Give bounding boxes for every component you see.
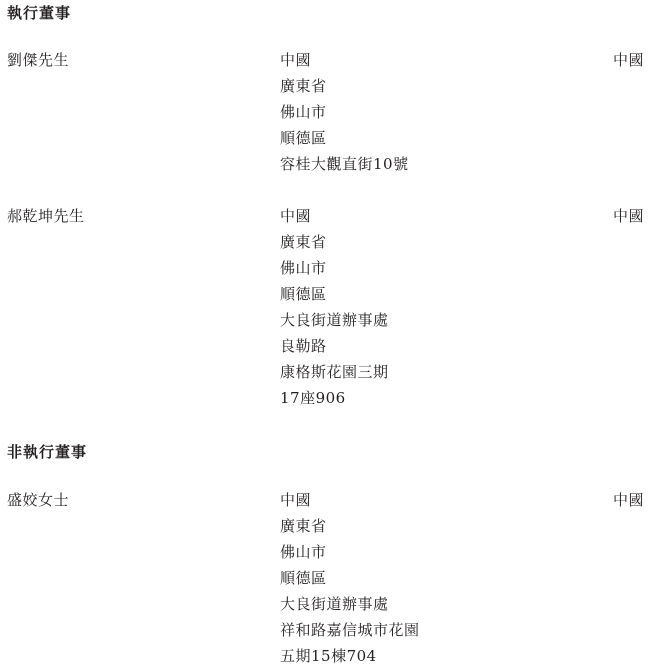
section-heading-executive-directors: 執行董事 [7,3,71,23]
director-name: 劉傑先生 [7,47,69,73]
director-name: 郝乾坤先生 [7,203,85,229]
address-line: 大良街道辦事處 [280,591,420,617]
address-line: 順德區 [280,125,409,151]
director-address: 中國 廣東省 佛山市 順德區 大良街道辦事處 良勒路 康格斯花園三期 17座90… [280,203,389,411]
director-address: 中國 廣東省 佛山市 順德區 容桂大觀直街10號 [280,47,409,177]
address-line: 佛山市 [280,99,409,125]
address-line: 康格斯花園三期 [280,359,389,385]
address-line: 佛山市 [280,539,420,565]
address-line: 佛山市 [280,255,389,281]
director-name: 盛姣女士 [7,487,69,513]
address-line: 良勒路 [280,333,389,359]
director-nationality: 中國 [613,487,644,513]
director-nationality: 中國 [613,47,644,73]
document-page: 執行董事 劉傑先生 中國 廣東省 佛山市 順德區 容桂大觀直街10號 中國 郝乾… [0,0,650,665]
address-line: 中國 [280,47,409,73]
address-line: 17座906 [280,385,389,411]
address-line: 廣東省 [280,73,409,99]
address-line: 廣東省 [280,229,389,255]
director-nationality: 中國 [613,203,644,229]
address-line: 順德區 [280,565,420,591]
director-address: 中國 廣東省 佛山市 順德區 大良街道辦事處 祥和路嘉信城市花園 五期15棟70… [280,487,420,665]
address-line: 容桂大觀直街10號 [280,151,409,177]
address-line: 祥和路嘉信城市花園 [280,617,420,643]
address-line: 中國 [280,487,420,513]
section-heading-non-executive-directors: 非執行董事 [7,442,87,462]
address-line: 大良街道辦事處 [280,307,389,333]
address-line: 五期15棟704 [280,643,420,665]
address-line: 廣東省 [280,513,420,539]
address-line: 中國 [280,203,389,229]
address-line: 順德區 [280,281,389,307]
